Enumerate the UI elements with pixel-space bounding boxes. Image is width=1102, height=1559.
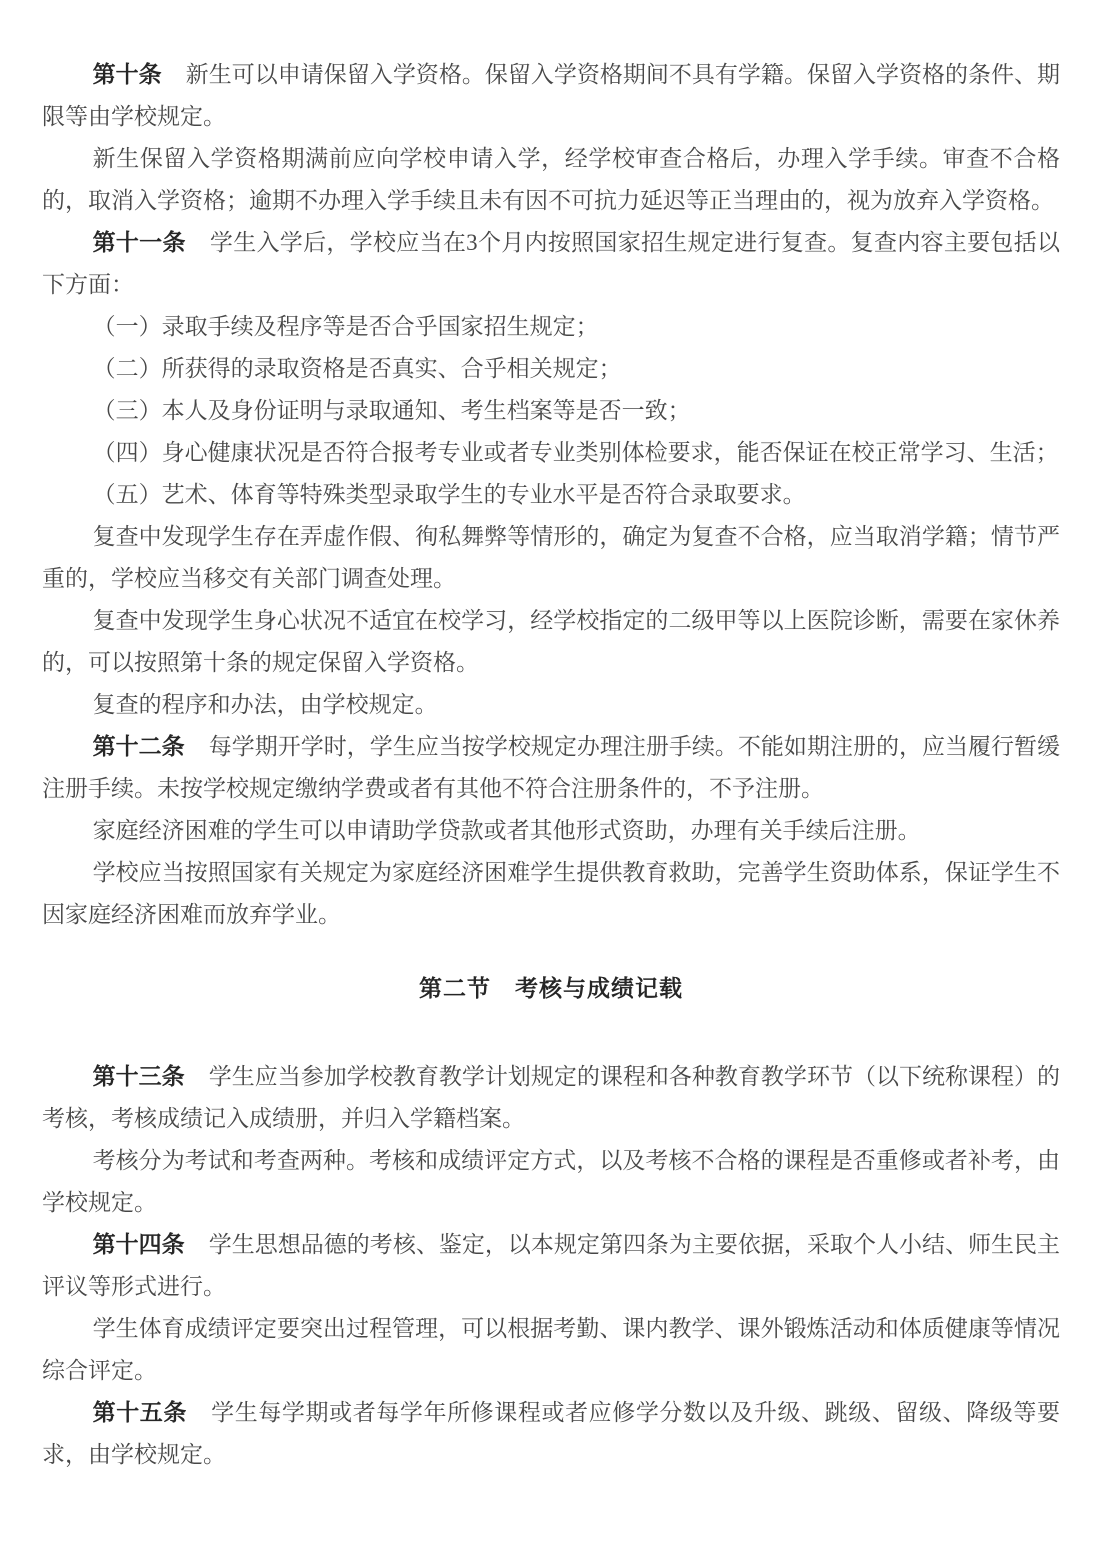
paragraph: 复查中发现学生存在弄虚作假、徇私舞弊等情形的，确定为复查不合格，应当取消学籍；情… [42, 516, 1060, 600]
paragraph: 复查的程序和办法，由学校规定。 [42, 684, 1060, 726]
paragraph-text: 学生应当参加学校教育教学计划规定的课程和各种教育教学环节（以下统称课程）的考核，… [42, 1064, 1060, 1131]
paragraph-article-15: 第十五条学生每学期或者每学年所修课程或者应修学分数以及升级、跳级、留级、降级等要… [42, 1392, 1060, 1476]
paragraph: 学校应当按照国家有关规定为家庭经济困难学生提供教育救助，完善学生资助体系，保证学… [42, 852, 1060, 936]
paragraph: 新生保留入学资格期满前应向学校申请入学，经学校审查合格后，办理入学手续。审查不合… [42, 138, 1060, 222]
list-item-4: （四）身心健康状况是否符合报考专业或者专业类别体检要求，能否保证在校正常学习、生… [42, 432, 1060, 474]
paragraph: 考核分为考试和考查两种。考核和成绩评定方式，以及考核不合格的课程是否重修或者补考… [42, 1140, 1060, 1224]
list-item-3: （三）本人及身份证明与录取通知、考生档案等是否一致； [42, 390, 1060, 432]
paragraph-text: 学校应当按照国家有关规定为家庭经济困难学生提供教育救助，完善学生资助体系，保证学… [42, 860, 1060, 927]
paragraph: 学生体育成绩评定要突出过程管理，可以根据考勤、课内教学、课外锻炼活动和体质健康等… [42, 1308, 1060, 1392]
paragraph-article-11: 第十一条学生入学后，学校应当在3个月内按照国家招生规定进行复查。复查内容主要包括… [42, 222, 1060, 306]
paragraph-text: 学生入学后，学校应当在3个月内按照国家招生规定进行复查。复查内容主要包括以下方面… [42, 230, 1060, 297]
list-item-5: （五）艺术、体育等特殊类型录取学生的专业水平是否符合录取要求。 [42, 474, 1060, 516]
paragraph-text: 复查的程序和办法，由学校规定。 [93, 692, 438, 717]
paragraph-text: 复查中发现学生存在弄虚作假、徇私舞弊等情形的，确定为复查不合格，应当取消学籍；情… [42, 524, 1060, 591]
article-13-number: 第十三条 [93, 1064, 185, 1090]
paragraph: 复查中发现学生身心状况不适宜在校学习，经学校指定的二级甲等以上医院诊断，需要在家… [42, 600, 1060, 684]
paragraph-text: 新生保留入学资格期满前应向学校申请入学，经学校审查合格后，办理入学手续。审查不合… [42, 146, 1060, 213]
article-10-number: 第十条 [93, 62, 162, 88]
document-page: 第十条新生可以申请保留入学资格。保留入学资格期间不具有学籍。保留入学资格的条件、… [0, 0, 1102, 1559]
paragraph-text: （五）艺术、体育等特殊类型录取学生的专业水平是否符合录取要求。 [93, 482, 806, 507]
paragraph-text: 考核分为考试和考查两种。考核和成绩评定方式，以及考核不合格的课程是否重修或者补考… [42, 1148, 1060, 1215]
paragraph-article-10: 第十条新生可以申请保留入学资格。保留入学资格期间不具有学籍。保留入学资格的条件、… [42, 54, 1060, 138]
list-item-2: （二）所获得的录取资格是否真实、合乎相关规定； [42, 348, 1060, 390]
article-12-number: 第十二条 [93, 734, 185, 760]
paragraph-article-13: 第十三条学生应当参加学校教育教学计划规定的课程和各种教育教学环节（以下统称课程）… [42, 1056, 1060, 1140]
paragraph-text: （四）身心健康状况是否符合报考专业或者专业类别体检要求，能否保证在校正常学习、生… [93, 440, 1059, 465]
paragraph-article-12: 第十二条每学期开学时，学生应当按学校规定办理注册手续。不能如期注册的，应当履行暂… [42, 726, 1060, 810]
paragraph-text: （二）所获得的录取资格是否真实、合乎相关规定； [93, 356, 622, 381]
paragraph-text: （一）录取手续及程序等是否合乎国家招生规定； [93, 314, 599, 339]
paragraph-text: 学生体育成绩评定要突出过程管理，可以根据考勤、课内教学、课外锻炼活动和体质健康等… [42, 1316, 1060, 1383]
article-11-number: 第十一条 [93, 230, 186, 256]
paragraph-text: 学生每学期或者每学年所修课程或者应修学分数以及升级、跳级、留级、降级等要求，由学… [42, 1400, 1060, 1467]
list-item-1: （一）录取手续及程序等是否合乎国家招生规定； [42, 306, 1060, 348]
paragraph: 家庭经济困难的学生可以申请助学贷款或者其他形式资助，办理有关手续后注册。 [42, 810, 1060, 852]
paragraph-text: （三）本人及身份证明与录取通知、考生档案等是否一致； [93, 398, 691, 423]
paragraph-text: 复查中发现学生身心状况不适宜在校学习，经学校指定的二级甲等以上医院诊断，需要在家… [42, 608, 1060, 675]
paragraph-text: 学生思想品德的考核、鉴定，以本规定第四条为主要依据，采取个人小结、师生民主评议等… [42, 1232, 1060, 1299]
paragraph-text: 家庭经济困难的学生可以申请助学贷款或者其他形式资助，办理有关手续后注册。 [93, 818, 921, 843]
article-14-number: 第十四条 [93, 1232, 185, 1258]
article-15-number: 第十五条 [93, 1400, 187, 1426]
section-heading: 第二节 考核与成绩记载 [42, 968, 1060, 1010]
paragraph-text: 新生可以申请保留入学资格。保留入学资格期间不具有学籍。保留入学资格的条件、期限等… [42, 62, 1060, 129]
paragraph-text: 每学期开学时，学生应当按学校规定办理注册手续。不能如期注册的，应当履行暂缓注册手… [42, 734, 1060, 801]
paragraph-article-14: 第十四条学生思想品德的考核、鉴定，以本规定第四条为主要依据，采取个人小结、师生民… [42, 1224, 1060, 1308]
